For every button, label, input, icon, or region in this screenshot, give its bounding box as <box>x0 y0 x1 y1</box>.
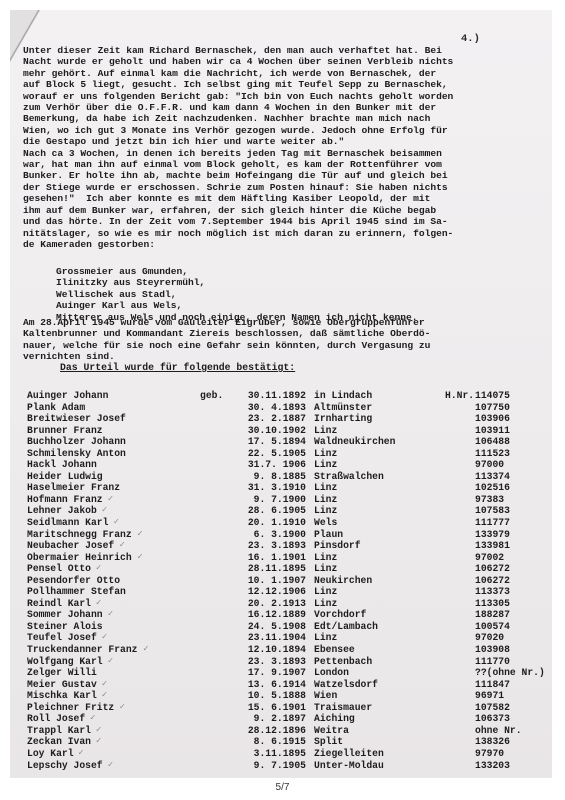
prisoner-number: 113305 <box>475 598 552 609</box>
prisoner-number: 97970 <box>475 748 552 759</box>
prisoner-number: 106488 <box>475 436 552 447</box>
text-line: war, hat man ihn auf einmal vom Block ge… <box>23 159 453 170</box>
birth-place: Linz <box>314 632 337 643</box>
table-row: Loy Karl3.11.1895Ziegelleiten97970✓ <box>27 748 552 760</box>
page-indicator: 5/7 <box>0 782 565 793</box>
prisoner-number: 133979 <box>475 529 552 540</box>
birth-place: Wels <box>314 517 337 528</box>
prisoner-number: 113373 <box>475 586 552 597</box>
birth-place: Split <box>314 736 343 747</box>
birth-date: 16. 1.1901 <box>240 552 306 563</box>
prisoner-number: 111770 <box>475 656 552 667</box>
birth-place: Unter-Moldau <box>314 760 384 771</box>
person-name: Truckendanner Franz <box>27 644 137 655</box>
birth-place: Wien <box>314 690 337 701</box>
table-row: Zeckan Ivan8. 6.1915Split138326✓ <box>27 736 552 748</box>
text-line: die Gestapo und jetzt bin ich hier und w… <box>23 136 453 147</box>
paragraph-1: Unter dieser Zeit kam Richard Bernaschek… <box>23 45 453 250</box>
prisoner-number: 102516 <box>475 482 552 493</box>
birth-date: 16.12.1889 <box>240 609 306 620</box>
geb-label: geb. <box>200 390 223 401</box>
birth-place: Weitra <box>314 725 349 736</box>
birth-date: 23.11.1904 <box>240 632 306 643</box>
birth-place: Irnharting <box>314 413 372 424</box>
person-name: Zeckan Ivan <box>27 736 91 747</box>
person-name: Steiner Alois <box>27 621 103 632</box>
birth-place: Linz <box>314 505 337 516</box>
check-mark-icon: ✓ <box>108 609 113 619</box>
prisoner-number: 133203 <box>475 760 552 771</box>
prisoner-number: 107582 <box>475 702 552 713</box>
deceased-entry: Wellischek aus Stadl, <box>56 289 417 300</box>
check-mark-icon: ✓ <box>143 644 148 654</box>
person-name: Seidlmann Karl <box>27 517 108 528</box>
table-row: Lepschy Josef9. 7.1905Unter-Moldau133203… <box>27 760 552 772</box>
table-row: Meier Gustav13. 6.1914Watzelsdorf111847✓ <box>27 679 552 691</box>
deceased-entry: Ilinitzky aus Steyrermühl, <box>56 277 417 288</box>
person-name: Roll Josef <box>27 713 85 724</box>
birth-date: 23. 3.1893 <box>240 540 306 551</box>
birth-place: Watzelsdorf <box>314 679 378 690</box>
birth-place: Neukirchen <box>314 575 372 586</box>
text-line: de Kameraden gestorben: <box>23 239 453 250</box>
birth-date: 31.7. 1906 <box>240 459 306 470</box>
text-line: nitätslager, so wie es mir noch möglich … <box>23 228 453 239</box>
birth-date: 17. 9.1907 <box>240 667 306 678</box>
check-mark-icon: ✓ <box>102 632 107 642</box>
text-line: Unter dieser Zeit kam Richard Bernaschek… <box>23 45 453 56</box>
birth-date: 23. 3.1893 <box>240 656 306 667</box>
table-row: Steiner Alois24. 5.1908Edt/Lambach100574 <box>27 621 552 633</box>
birth-date: 24. 5.1908 <box>240 621 306 632</box>
person-name: Hackl Johann <box>27 459 97 470</box>
birth-place: Plaun <box>314 529 343 540</box>
text-line: Bemerkung, da habe ich Zeit nachzudenken… <box>23 113 453 124</box>
birth-date: 30. 4.1893 <box>240 402 306 413</box>
check-mark-icon: ✓ <box>78 748 83 758</box>
table-row: Sommer Johann16.12.1889Vorchdorf188287✓ <box>27 609 552 621</box>
check-mark-icon: ✓ <box>90 713 95 723</box>
birth-place: in Lindach <box>314 390 372 401</box>
text-line: vernichten sind. <box>23 351 430 362</box>
birth-date: 28.11.1895 <box>240 563 306 574</box>
text-line: Am 28.April 1945 wurde vom Gauleiter Eig… <box>23 317 430 328</box>
check-mark-icon: ✓ <box>96 563 101 573</box>
text-line: zum Verhör über die O.F.F.R. und kam dan… <box>23 102 453 113</box>
birth-place: Pettenbach <box>314 656 372 667</box>
text-line: worauf er uns folgenden Bericht gab: "Ic… <box>23 91 453 102</box>
person-name: Loy Karl <box>27 748 74 759</box>
person-name: Haselmeier Franz <box>27 482 120 493</box>
birth-date: 8. 6.1915 <box>240 736 306 747</box>
prisoner-number: ohne Nr. <box>475 725 552 736</box>
person-name: Sommer Johann <box>27 609 103 620</box>
table-row: Pesendorfer Otto10. 1.1907Neukirchen1062… <box>27 575 552 587</box>
person-name: Lehner Jakob <box>27 505 97 516</box>
text-line: Nach ca 3 Wochen, in denen ich bereits j… <box>23 148 453 159</box>
table-row: Pollhammer Stefan12.12.1906Linz113373 <box>27 586 552 598</box>
table-row: Buchholzer Johann17. 5.1894Waldneukirche… <box>27 436 552 448</box>
prisoner-number: 106373 <box>475 713 552 724</box>
document-page: 4.) Unter dieser Zeit kam Richard Bernas… <box>10 10 552 778</box>
text-line: Nacht wurde er geholt und haben wir ca 4… <box>23 56 453 67</box>
person-name: Mischka Karl <box>27 690 97 701</box>
table-row: Maritschnegg Franz6. 3.1900Plaun133979✓ <box>27 529 552 541</box>
check-mark-icon: ✓ <box>120 540 125 550</box>
birth-date: 9. 7.1900 <box>240 494 306 505</box>
check-mark-icon: ✓ <box>108 494 113 504</box>
birth-date: 12.10.1894 <box>240 644 306 655</box>
check-mark-icon: ✓ <box>96 725 101 735</box>
birth-place: Linz <box>314 563 337 574</box>
birth-date: 10. 5.1888 <box>240 690 306 701</box>
prisoner-number: 107750 <box>475 402 552 413</box>
prisoner-number: 97383 <box>475 494 552 505</box>
birth-place: Linz <box>314 598 337 609</box>
birth-date: 3.11.1895 <box>240 748 306 759</box>
birth-date: 15. 6.1901 <box>240 702 306 713</box>
birth-place: Altmünster <box>314 402 372 413</box>
person-name: Hofmann Franz <box>27 494 103 505</box>
table-row: Seidlmann Karl20. 1.1910Wels111777✓ <box>27 517 552 529</box>
person-name: Brunner Franz <box>27 425 103 436</box>
prisoner-number: 111523 <box>475 448 552 459</box>
prisoner-number: 100574 <box>475 621 552 632</box>
birth-date: 9. 8.1885 <box>240 471 306 482</box>
prisoner-number: 188287 <box>475 609 552 620</box>
table-row: Hofmann Franz9. 7.1900Linz97383✓ <box>27 494 552 506</box>
person-name: Pollhammer Stefan <box>27 586 126 597</box>
deceased-entry: Grossmeier aus Gmunden, <box>56 266 417 277</box>
persons-table: Auinger Johann30.11.1892in Lindach114075… <box>27 390 552 771</box>
birth-place: Ebensee <box>314 644 355 655</box>
birth-place: Linz <box>314 482 337 493</box>
deceased-entry: Auinger Karl aus Wels, <box>56 300 417 311</box>
text-line: Wien, wo ich gut 3 Monate ins Verhör gez… <box>23 125 453 136</box>
table-row: Brunner Franz30.10.1902Linz103911 <box>27 425 552 437</box>
person-name: Trappl Karl <box>27 725 91 736</box>
person-name: Meier Gustav <box>27 679 97 690</box>
person-name: Schmilensky Anton <box>27 448 126 459</box>
birth-place: Linz <box>314 586 337 597</box>
birth-place: Pinsdorf <box>314 540 361 551</box>
prisoner-number: 113374 <box>475 471 552 482</box>
birth-date: 28.12.1896 <box>240 725 306 736</box>
check-mark-icon: ✓ <box>96 598 101 608</box>
check-mark-icon: ✓ <box>108 656 113 666</box>
table-row: Breitwieser Josef23. 2.1887Irnharting103… <box>27 413 552 425</box>
check-mark-icon: ✓ <box>114 517 119 527</box>
birth-date: 20. 2.1913 <box>240 598 306 609</box>
birth-date: 22. 5.1905 <box>240 448 306 459</box>
prisoner-number: 106272 <box>475 563 552 574</box>
table-row: Hackl Johann31.7. 1906Linz97000 <box>27 459 552 471</box>
birth-date: 30.10.1902 <box>240 425 306 436</box>
birth-date: 17. 5.1894 <box>240 436 306 447</box>
text-line: der Stiege wurde er erschossen. Schrie z… <box>23 182 453 193</box>
person-name: Breitwieser Josef <box>27 413 126 424</box>
birth-place: Linz <box>314 425 337 436</box>
table-row: Pensel Otto28.11.1895Linz106272✓ <box>27 563 552 575</box>
person-name: Reindl Karl <box>27 598 91 609</box>
birth-place: Waldneukirchen <box>314 436 395 447</box>
prisoner-number: 96971 <box>475 690 552 701</box>
text-line: und das hörte. In der Zeit vom 7.Septemb… <box>23 216 453 227</box>
hnr-label: H.Nr. <box>445 390 474 401</box>
table-row: Obermaier Heinrich16. 1.1901Linz97002✓ <box>27 552 552 564</box>
check-mark-icon: ✓ <box>137 552 142 562</box>
table-row: Truckendanner Franz12.10.1894Ebensee1039… <box>27 644 552 656</box>
birth-place: Linz <box>314 448 337 459</box>
table-row: Zelger Willi17. 9.1907London??(ohne Nr.) <box>27 667 552 679</box>
check-mark-icon: ✓ <box>120 702 125 712</box>
prisoner-number: 97020 <box>475 632 552 643</box>
person-name: Pleichner Fritz <box>27 702 114 713</box>
table-row: Haselmeier Franz31. 3.1910Linz102516 <box>27 482 552 494</box>
person-name: Zelger Willi <box>27 667 97 678</box>
birth-place: Linz <box>314 552 337 563</box>
text-line: gesehen!" Ich aber konnte es mit dem Häf… <box>23 193 453 204</box>
check-mark-icon: ✓ <box>102 505 107 515</box>
person-name: Maritschnegg Franz <box>27 529 132 540</box>
table-row: Lehner Jakob28. 6.1905Linz107583✓ <box>27 505 552 517</box>
table-row: Teufel Josef23.11.1904Linz97020✓ <box>27 632 552 644</box>
person-name: Obermaier Heinrich <box>27 552 132 563</box>
birth-place: Aiching <box>314 713 355 724</box>
person-name: Buchholzer Johann <box>27 436 126 447</box>
birth-place: Ziegelleiten <box>314 748 384 759</box>
table-row: Trappl Karl28.12.1896Weitraohne Nr.✓ <box>27 725 552 737</box>
table-row: Plank Adam30. 4.1893Altmünster107750 <box>27 402 552 414</box>
paragraph-2: Am 28.April 1945 wurde vom Gauleiter Eig… <box>23 317 430 363</box>
deceased-list: Grossmeier aus Gmunden,Ilinitzky aus Ste… <box>56 266 417 323</box>
birth-date: 12.12.1906 <box>240 586 306 597</box>
prisoner-number: 111777 <box>475 517 552 528</box>
check-mark-icon: ✓ <box>96 736 101 746</box>
person-name: Wolfgang Karl <box>27 656 103 667</box>
check-mark-icon: ✓ <box>102 690 107 700</box>
birth-date: 6. 3.1900 <box>240 529 306 540</box>
birth-place: Traismauer <box>314 702 372 713</box>
prisoner-number: ??(ohne Nr.) <box>475 667 552 678</box>
birth-date: 10. 1.1907 <box>240 575 306 586</box>
table-row: Reindl Karl20. 2.1913Linz113305✓ <box>27 598 552 610</box>
birth-date: 9. 2.1897 <box>240 713 306 724</box>
table-row: Roll Josef9. 2.1897Aiching106373✓ <box>27 713 552 725</box>
table-row: Auinger Johann30.11.1892in Lindach114075… <box>27 390 552 402</box>
prisoner-number: 97000 <box>475 459 552 470</box>
table-row: Schmilensky Anton22. 5.1905Linz111523 <box>27 448 552 460</box>
prisoner-number: 103911 <box>475 425 552 436</box>
check-mark-icon: ✓ <box>108 760 113 770</box>
text-line: auf Block 5 liegt, gesucht. Ich selbst g… <box>23 79 453 90</box>
person-name: Pensel Otto <box>27 563 91 574</box>
text-line: Bunker. Er holte ihn ab, machte beim Hof… <box>23 170 453 181</box>
person-name: Lepschy Josef <box>27 760 103 771</box>
text-line: mehr gehört. Auf einmal kam die Nachrich… <box>23 68 453 79</box>
check-mark-icon: ✓ <box>137 529 142 539</box>
table-row: Wolfgang Karl23. 3.1893Pettenbach111770✓ <box>27 656 552 668</box>
prisoner-number: 133981 <box>475 540 552 551</box>
birth-place: Linz <box>314 459 337 470</box>
prisoner-number: 111847 <box>475 679 552 690</box>
table-row: Heider Ludwig9. 8.1885Straßwalchen113374 <box>27 471 552 483</box>
table-row: Pleichner Fritz15. 6.1901Traismauer10758… <box>27 702 552 714</box>
prisoner-number: 97002 <box>475 552 552 563</box>
person-name: Heider Ludwig <box>27 471 103 482</box>
prisoner-number: 107583 <box>475 505 552 516</box>
prisoner-number: 103908 <box>475 644 552 655</box>
birth-date: 23. 2.1887 <box>240 413 306 424</box>
birth-date: 30.11.1892 <box>240 390 306 401</box>
prisoner-number: 114075 <box>475 390 552 401</box>
check-mark-icon: ✓ <box>102 679 107 689</box>
birth-date: 28. 6.1905 <box>240 505 306 516</box>
text-line: nauer, welche für sie noch eine Gefahr s… <box>23 340 430 351</box>
person-name: Plank Adam <box>27 402 85 413</box>
person-name: Auinger Johann <box>27 390 108 401</box>
birth-date: 13. 6.1914 <box>240 679 306 690</box>
page-marker: 4.) <box>461 33 480 45</box>
text-line: Kaltenbrunner und Kommandant Ziereis bes… <box>23 328 430 339</box>
person-name: Teufel Josef <box>27 632 97 643</box>
birth-place: London <box>314 667 349 678</box>
table-row: Mischka Karl10. 5.1888Wien96971✓ <box>27 690 552 702</box>
birth-place: Vorchdorf <box>314 609 366 620</box>
prisoner-number: 106272 <box>475 575 552 586</box>
text-line: ihm auf dem Bunker war, erfahren, der si… <box>23 205 453 216</box>
table-row: Neubacher Josef23. 3.1893Pinsdorf133981✓ <box>27 540 552 552</box>
birth-place: Edt/Lambach <box>314 621 378 632</box>
birth-place: Straßwalchen <box>314 471 384 482</box>
person-name: Pesendorfer Otto <box>27 575 120 586</box>
verdict-heading: Das Urteil wurde für folgende bestätigt: <box>60 362 295 373</box>
birth-date: 20. 1.1910 <box>240 517 306 528</box>
birth-date: 9. 7.1905 <box>240 760 306 771</box>
prisoner-number: 103906 <box>475 413 552 424</box>
birth-date: 31. 3.1910 <box>240 482 306 493</box>
prisoner-number: 138326 <box>475 736 552 747</box>
person-name: Neubacher Josef <box>27 540 114 551</box>
birth-place: Linz <box>314 494 337 505</box>
